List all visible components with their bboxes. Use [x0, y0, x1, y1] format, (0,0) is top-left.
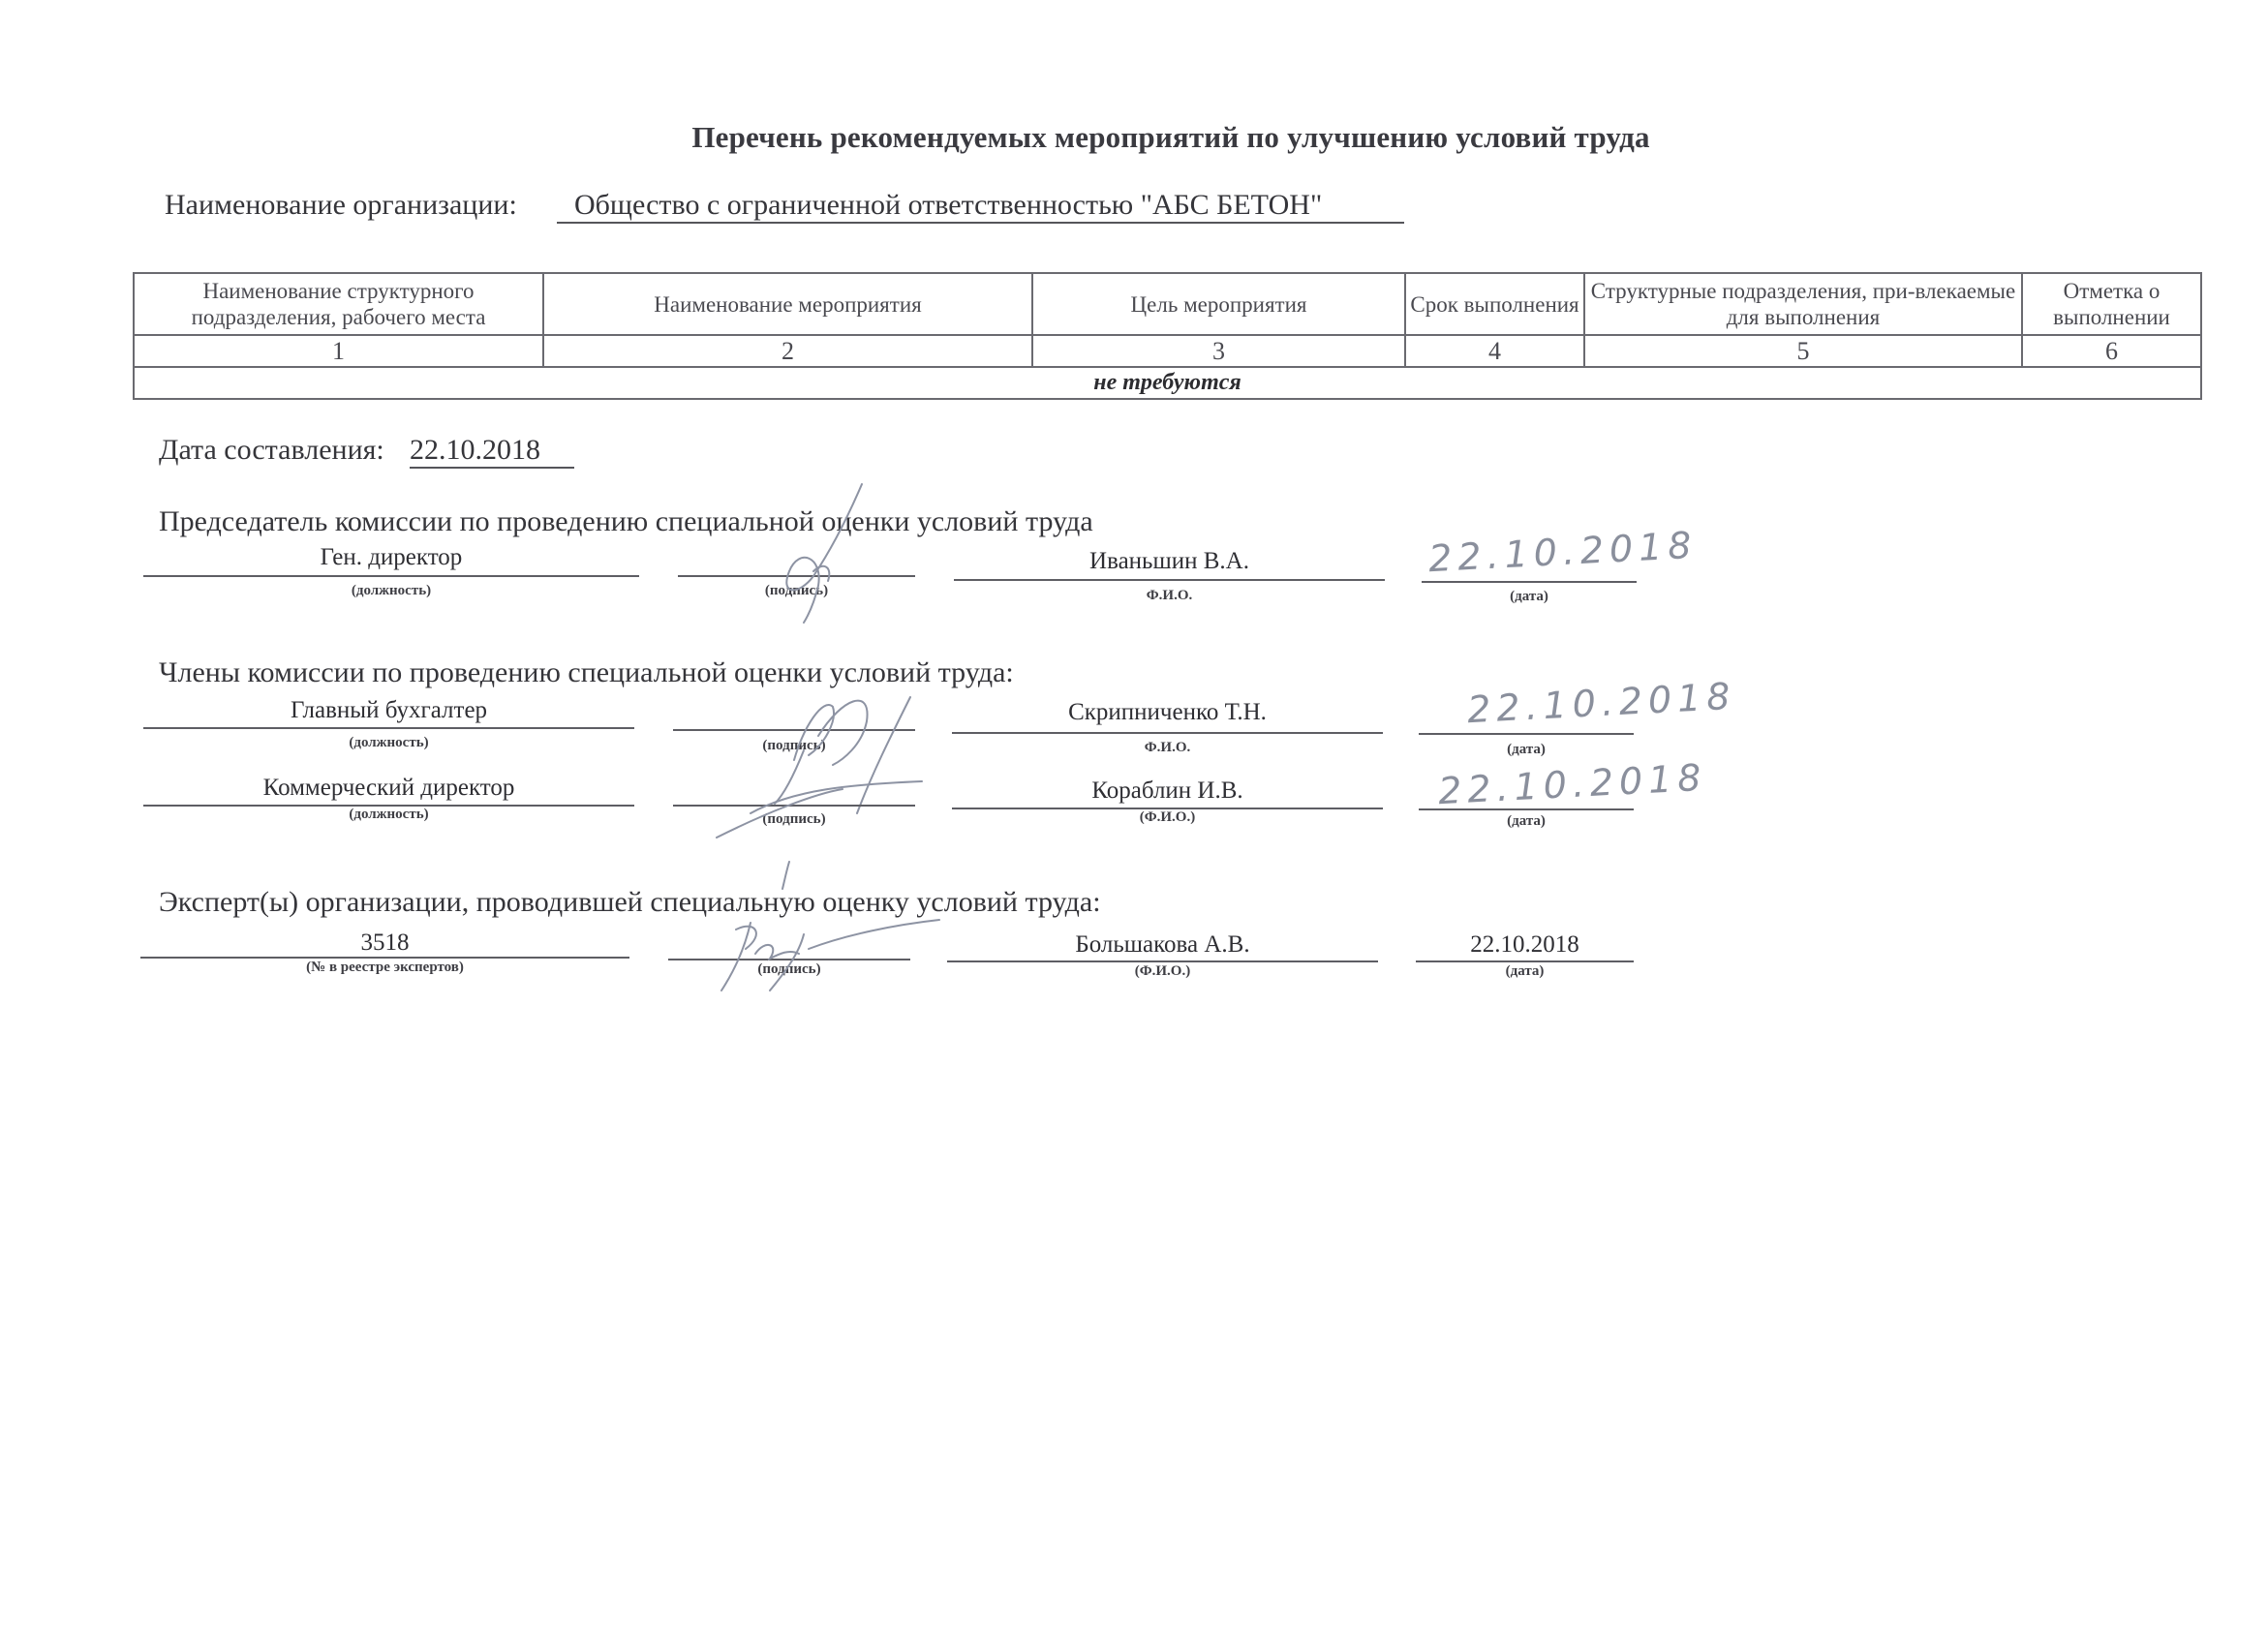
col-header-departments: Структурные подразделения, при-влекаемые…	[1584, 273, 2022, 335]
table-header-row: Наименование структурного подразделения,…	[134, 273, 2201, 335]
col-header-workplace: Наименование структурного подразделения,…	[134, 273, 543, 335]
col-header-measure: Наименование мероприятия	[543, 273, 1032, 335]
member-name: Скрипниченко Т.Н.	[952, 699, 1383, 726]
registry-line	[140, 957, 629, 959]
date-caption: (дата)	[1419, 813, 1634, 830]
position-caption: (должность)	[143, 807, 634, 823]
signature-caption: (подпись)	[668, 961, 910, 978]
signature-caption: (подпись)	[673, 811, 915, 828]
position-caption: (должность)	[143, 583, 639, 599]
column-number: 4	[1405, 335, 1584, 367]
signature-line	[668, 959, 910, 960]
signature-caption: (подпись)	[673, 738, 915, 754]
signature-line	[673, 805, 915, 807]
name-caption: Ф.И.О.	[954, 588, 1385, 604]
position-line	[143, 575, 639, 577]
date-caption: (дата)	[1422, 589, 1637, 605]
col-header-goal: Цель мероприятия	[1032, 273, 1405, 335]
position-caption: (должность)	[143, 735, 634, 751]
compiled-date-value: 22.10.2018	[410, 434, 574, 469]
col-header-completion: Отметка о выполнении	[2022, 273, 2201, 335]
name-line	[947, 960, 1378, 962]
date-line	[1419, 733, 1634, 735]
expert-registry-number: 3518	[140, 930, 629, 957]
registry-caption: (№ в реестре экспертов)	[140, 960, 629, 976]
column-number-row: 1 2 3 4 5 6	[134, 335, 2201, 367]
expert-date: 22.10.2018	[1416, 931, 1634, 959]
name-caption: (Ф.И.О.)	[952, 809, 1383, 826]
date-caption: (дата)	[1416, 963, 1634, 980]
document-title: Перечень рекомендуемых мероприятий по ул…	[0, 120, 2268, 155]
members-heading: Члены комиссии по проведению специальной…	[159, 656, 1014, 689]
chairman-heading: Председатель комиссии по проведению спец…	[159, 505, 1093, 538]
chairman-name: Иваньшин В.А.	[954, 548, 1385, 575]
name-caption: Ф.И.О.	[952, 740, 1383, 756]
column-number: 1	[134, 335, 543, 367]
signature-caption: (подпись)	[678, 583, 915, 599]
member-handwritten-date: 22.10.2018	[1437, 756, 1708, 812]
member-position: Коммерческий директор	[143, 775, 634, 802]
name-line	[952, 732, 1383, 734]
measures-table: Наименование структурного подразделения,…	[133, 272, 2202, 400]
signature-line	[673, 729, 915, 731]
name-line	[954, 579, 1385, 581]
compiled-date-label: Дата составления:	[159, 434, 384, 467]
expert-name: Большакова А.В.	[947, 931, 1378, 959]
table-row: не требуются	[134, 367, 2201, 399]
date-caption: (дата)	[1419, 742, 1634, 758]
position-line	[143, 727, 634, 729]
member-name: Кораблин И.В.	[952, 777, 1383, 805]
signature-line	[678, 575, 915, 577]
organization-name: Общество с ограниченной ответственностью…	[557, 189, 1404, 224]
column-number: 6	[2022, 335, 2201, 367]
chairman-handwritten-date: 22.10.2018	[1427, 524, 1699, 580]
experts-heading: Эксперт(ы) организации, проводившей спец…	[159, 886, 1101, 919]
chairman-position: Ген. директор	[143, 544, 639, 571]
organization-label: Наименование организации:	[165, 189, 517, 222]
name-caption: (Ф.И.О.)	[947, 963, 1378, 980]
col-header-deadline: Срок выполнения	[1405, 273, 1584, 335]
date-line	[1416, 960, 1634, 962]
chairman-signature	[755, 479, 872, 625]
member-handwritten-date: 22.10.2018	[1466, 675, 1737, 731]
column-number: 2	[543, 335, 1032, 367]
not-required-cell: не требуются	[134, 367, 2201, 399]
member-position: Главный бухгалтер	[143, 697, 634, 724]
date-line	[1422, 581, 1637, 583]
expert-signature	[712, 915, 944, 992]
date-line	[1419, 808, 1634, 810]
column-number: 5	[1584, 335, 2022, 367]
column-number: 3	[1032, 335, 1405, 367]
